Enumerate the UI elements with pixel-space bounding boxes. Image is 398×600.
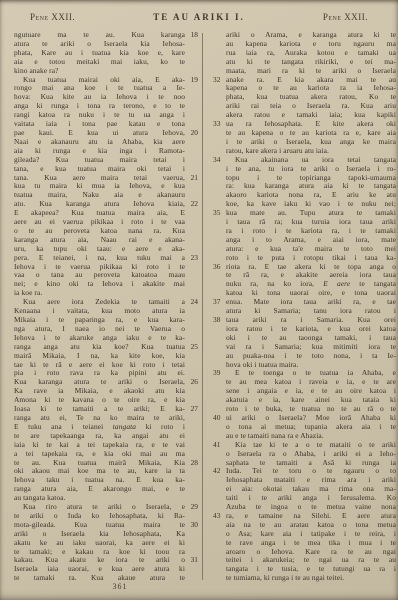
text-line: phata, Kare au i tuatua kia koe e, kare xyxy=(14,49,198,58)
line-text: karanga atura aia, Naau rai e akana- xyxy=(14,236,185,245)
line-text: riota ra. E tae akera ki te topa anga o xyxy=(226,263,396,272)
line-text: Iehova i te akaruke anga iaku e te ka- xyxy=(14,334,185,343)
text-line: 38taua ariki ra i Samaria. Kua orei xyxy=(213,316,396,325)
line-text: te ariki o Iuda ko Iehosaphata, ki Ra- xyxy=(14,512,185,521)
text-line: ariki o Arama, e karanga atura ki te xyxy=(213,31,396,40)
text-line: 20pae kaui. E kua ui atura Iehova, xyxy=(14,129,198,138)
verse-number: 24 xyxy=(191,298,198,307)
verse-number: 40 xyxy=(213,414,220,423)
column-divider-rule xyxy=(202,33,203,580)
text-line: akera ratou e tamaki iaia; kua kapiki xyxy=(213,111,396,120)
line-text: Ioasa ki te tamaiti a te ariki; E ka- xyxy=(14,405,185,414)
text-line: taiti i te ariki anga i Ierusalema. Ko xyxy=(213,494,396,503)
text-line: te tamaki; e kakau ra koe ki toou ra xyxy=(14,548,198,557)
text-line: 27Ioasa ki te tamaiti a te ariki; E ka- xyxy=(14,405,198,414)
line-text: iora ratou i te kariota, e kua orei kato… xyxy=(226,325,396,334)
text-line: anga ki runga i tona ra terono, e to te xyxy=(14,102,198,111)
line-text: ua ra Iehosaphata. E kite akera oki xyxy=(226,120,396,129)
text-line: ei aia: okotai takau ma rima ona ma- xyxy=(213,485,396,494)
verse-number: 37 xyxy=(213,298,220,307)
line-text: ratou, kare akera i aruaru atu iaia. xyxy=(226,147,396,156)
text-line: tangata i te tusia, e te tutungi ua ra i xyxy=(213,565,396,574)
line-text: Amona ki te kavana o te oire ra, e kia xyxy=(14,396,185,405)
text-line: i taua rā ra; kua turuia iora taua ariki xyxy=(213,218,396,227)
verse-number: 31 xyxy=(191,556,198,565)
header-book-title: TE AU ARIKI I. xyxy=(153,12,245,22)
text-line: atu ki te tangata rikiriki, e tei ma- xyxy=(213,58,396,67)
text-line: koe, ka kave iaku ki vao i te nuku nei; xyxy=(213,200,396,209)
verse-number: 33 xyxy=(213,120,220,129)
line-text: nga atura, I naea io nei te Vaerua o xyxy=(14,325,185,334)
text-line: tae ki te rā e aere ei koe ki roto i tet… xyxy=(14,361,198,370)
text-line: 43ra, e tamaine na Silehi. E aere atura xyxy=(213,512,396,521)
book-page-scan: Pene XXII. TE AU ARIKI I. Pene XXII. 18n… xyxy=(0,0,398,600)
text-line: 37enua. Mate iora taua ariki ra, e tae xyxy=(213,298,396,307)
verse-number: 30 xyxy=(191,521,198,530)
line-text: Iuda. Tei te toru o te ngauru o to xyxy=(226,467,396,476)
text-line: vaa o tana au peroveta katoatoa maau xyxy=(14,271,198,280)
line-text: atu. Kua karanga atura Iehova kiaia, xyxy=(14,200,185,209)
line-text: tae ki te rā e aere ei koe ki roto i tet… xyxy=(14,361,185,370)
text-line: saphata te tamaiti a Asā ki runga ia xyxy=(213,459,396,468)
line-text: nuku ra, na ko iora, E aere te tangata xyxy=(226,280,396,289)
text-line: au tangata katoa. xyxy=(14,494,198,503)
text-line: atura te ariki o Iseraela kia Iehosa- xyxy=(14,40,198,49)
text-line: ra i roto i te kariota ra, i te tamaki xyxy=(213,227,396,236)
line-text: aia e totou meitaki mai iaku, ko te xyxy=(14,58,185,67)
right-text-column: ariki o Arama, e karanga atura ki teau k… xyxy=(213,31,396,583)
text-line: te ariki o Iuda ko Iehosaphata, ki Ra- xyxy=(14,512,198,521)
text-line: topu i te topirianga tapoki-umauma xyxy=(213,174,396,183)
text-line: atura ki Samaria; tanu iora ratou i xyxy=(213,307,396,316)
line-text: saphata te tamaiti a Asā ki runga ia xyxy=(226,459,396,468)
running-header: Pene XXII. TE AU ARIKI I. Pene XXII. xyxy=(0,12,398,22)
line-text: au kapena kariota e toru ngauru ma xyxy=(226,40,396,49)
line-text: hova oki i tuatua maira. xyxy=(226,361,396,370)
text-line: rangi katoa ra nuku i te tu ua anga i xyxy=(14,111,198,120)
text-line: Iehosaphata mataiti e rima ara i ariki xyxy=(213,476,396,485)
text-line: 25ranga anga atu kia koe? Kua tuatua xyxy=(14,343,198,352)
line-text: Kua aere iora Zedekia te tamaiti a xyxy=(14,298,185,307)
text-line: atura: e kua ta'e maira te toto mei xyxy=(213,245,396,254)
line-text: kua mate au. Tupu atura te tamaki xyxy=(226,209,396,218)
line-text: anake ra. E kia akara mai te au xyxy=(226,76,396,85)
line-text: kua tu maira ki mua ia Iehova, e kua xyxy=(14,182,185,191)
line-text: au tangata katoa. xyxy=(14,494,185,503)
line-text: akatu ke au iaku uaorai, ka aere ei ki xyxy=(14,539,185,548)
text-line: a tei tapekaia ra, e kia oki mai au ma xyxy=(14,450,198,459)
line-text: taua ariki ra i Samaria. Kua orei xyxy=(226,316,396,325)
text-line: aroaro o Iehova. Kare ra te au ngai xyxy=(213,548,396,557)
line-text: au puaka-noa i te toto nona, i ta Ie- xyxy=(226,352,396,361)
line-text: te tamaki; e kakau ra koe ki toou ra xyxy=(14,548,185,557)
line-text: Iseraela iaia uaorai, e kua aere atura k… xyxy=(14,565,185,574)
line-text: te rave anga i te mea tika i mua i te xyxy=(226,539,396,548)
verse-number: 38 xyxy=(213,316,220,325)
line-text: aia ki runga e kia inga i Ramota- xyxy=(14,147,185,156)
text-line: nei; e kino oki ta Iehova i akakite mai xyxy=(14,280,198,289)
text-line: gileada? Kua tuatua maira tetai i xyxy=(14,156,198,165)
line-text: phata, kua tuatua akera ratou, Ko te xyxy=(226,93,396,102)
verse-number: 29 xyxy=(191,503,198,512)
line-text: ariki o Arama, e karanga atura ki te xyxy=(226,31,396,40)
line-text: aere au ei vaerua pikikaa i roto i te va… xyxy=(14,218,185,227)
text-line: tana, e kua tuatua maira oki tetai i xyxy=(14,165,198,174)
line-text: te au mea katoa i raveia e ia, e te are xyxy=(226,378,396,387)
line-text: te tumiama, ki runga i te au ngai teitei… xyxy=(226,574,396,583)
line-text: atura te ariki o Iseraela kia Iehosa- xyxy=(14,40,185,49)
line-text: o te au peroveta katoa nana ra. Kua xyxy=(14,227,185,236)
line-text: E akapeea? Kua tuatua maira aia, E xyxy=(14,209,185,218)
text-line: katoa ki tona uaorai oire, e tona uaorai xyxy=(213,289,396,298)
line-text: atura: e kua ta'e maira te toto mei xyxy=(226,245,396,254)
line-text: Naai e akanauru atu ia Ahaba, kia aere xyxy=(14,138,185,147)
text-line: o te au peroveta katoa nana ra. Kua xyxy=(14,227,198,236)
text-line: roto i te buka, te tuatua no te au rā o … xyxy=(213,405,396,414)
verse-number: 36 xyxy=(213,263,220,272)
line-text: ui ariki o Iseraela? Moe iorā Ahaba ki xyxy=(226,414,396,423)
text-line: rongo mai ana koe i te tuatua a Ie- xyxy=(14,84,198,93)
text-line: iaia ki te kai a tei tapekaia ra, e te v… xyxy=(14,441,198,450)
verse-number: 22 xyxy=(191,200,198,209)
line-text: teitei i akarukeia; te ngai ua ra te au xyxy=(226,556,396,565)
text-line: uru, ka tupu oki taau: e aere e aka- xyxy=(14,245,198,254)
verse-number: 25 xyxy=(191,343,198,352)
line-text: mota-gileada. Kua tuatua maira te xyxy=(14,521,185,530)
text-line: 24Kua aere iora Zedekia te tamaiti a xyxy=(14,298,198,307)
line-text: te are tapekaanga ra, ka angai atu ei xyxy=(14,432,185,441)
line-text: ariki o Iseraela kia Iehosaphata, Ka xyxy=(14,530,185,539)
line-text: Kia tae ki te a o te mataiti o te ariki xyxy=(226,441,396,450)
text-line: E akapeea? Kua tuatua maira aia, E xyxy=(14,209,198,218)
line-text: roto i te puta i rotopu tikai i taua ka- xyxy=(226,254,396,263)
text-line: 18ngutuare ma te au. Kua karanga xyxy=(14,31,198,40)
line-text: Ka rave ia Mikaia, e akaoki atu kia xyxy=(14,387,185,396)
text-line: iora ratou i te kariota, e kua orei kato… xyxy=(213,325,396,334)
line-text: tana, e kua tuatua maira oki tetai i xyxy=(14,165,185,174)
text-line: aia ki runga e kia inga i Ramota- xyxy=(14,147,198,156)
line-text: ngutuare ma te au. Kua karanga xyxy=(14,31,185,40)
text-line: 26Kua karanga atura te ariki o Iseraela, xyxy=(14,378,198,387)
line-text: roto i te buka, te tuatua no te au rā o … xyxy=(226,405,396,414)
text-line: vai ra i Samaria; kua mitimiti iora te xyxy=(213,343,396,352)
line-text: Iehova i te vaerua pikikaa ki roto i te xyxy=(14,263,185,272)
line-text: pera. E teianei, i na, kua tuku mai a xyxy=(14,254,185,263)
line-text: anga i to Arama, e aiai iora, mate xyxy=(226,236,396,245)
text-line: Mikaia i te paparinga ra, e kua kara- xyxy=(14,316,198,325)
text-line: te rave anga i te mea tika i mua i te xyxy=(213,539,396,548)
verse-number: 39 xyxy=(213,369,220,378)
line-text: Iehova taku i tuatua na. E kua ka- xyxy=(14,476,185,485)
line-text: E tuku ana i teianei tangata ki roto i xyxy=(14,423,185,432)
verse-number: 18 xyxy=(191,31,198,40)
text-line: 36riota ra. E tae akera ki te topa anga … xyxy=(213,263,396,272)
line-text: Kua riro atura te ariki o Iseraela, e xyxy=(14,503,185,512)
text-line: akaoro kariota nona ra, E ariu ke atu xyxy=(213,191,396,200)
text-line: phata, kua tuatua akera ratou, Ko te xyxy=(213,93,396,102)
text-line: Ka rave ia Mikaia, e akaoki atu kia xyxy=(14,387,198,396)
text-line: 28te au. Kua tuatua mairā Mikaia, Kia xyxy=(14,459,198,468)
text-line: o Iseraela ra o Ahaba, i ariki ei a Ieho… xyxy=(213,450,396,459)
text-line: aere au ei vaerua pikikaa i roto i te va… xyxy=(14,218,198,227)
text-line: te are tapekaanga ra, ka angai atu ei xyxy=(14,432,198,441)
text-line: i te ariki o Iseraela, kua anga ke maira xyxy=(213,138,396,147)
line-text: iaia ki te kai a tei tapekaia ra, e te v… xyxy=(14,441,185,450)
line-text: pae kaui. E kua ui atura Iehova, xyxy=(14,129,185,138)
text-line: mairā Mikaia, I na, ka kite koe, kia xyxy=(14,352,198,361)
line-text: o tona ai metua; tupania akera aia i te xyxy=(226,423,396,432)
text-line: te tumiama, ki runga i te au ngai teitei… xyxy=(213,574,396,583)
text-line: hova: Kua kite au ia Iehova i te noo xyxy=(14,93,198,102)
text-line: kapena o te au kariota ra ia Iehosa- xyxy=(213,84,396,93)
line-text: akera ratou e tamaki iaia; kua kapiki xyxy=(226,111,396,120)
text-line: Iehova i te vaerua pikikaa ki roto i te xyxy=(14,263,198,272)
verse-number: 20 xyxy=(191,129,198,138)
text-line: 22atu. Kua karanga atura Iehova kiaia, xyxy=(14,200,198,209)
line-text: te rā ra, e akakite aereia iora taua xyxy=(226,271,396,280)
line-text: kino anake ra? xyxy=(14,67,185,76)
line-text: hova: Kua kite au ia Iehova i te noo xyxy=(14,93,185,102)
line-text: rangi katoa ra nuku i te tu ua anga i xyxy=(14,111,185,120)
verse-number: 28 xyxy=(191,459,198,468)
verse-number: 35 xyxy=(213,209,220,218)
line-text: gileada? Kua tuatua maira tetai i xyxy=(14,156,185,165)
text-line: nga atura, I naea io nei te Vaerua o xyxy=(14,325,198,334)
line-text: te au. Kua tuatua mairā Mikaia, Kia xyxy=(14,459,185,468)
line-text: i taua rā ra; kua turuia iora taua ariki xyxy=(226,218,396,227)
text-line: roto i te puta i rotopu tikai i taua ka- xyxy=(213,254,396,263)
text-line: hova oki i tuatua maira. xyxy=(213,361,396,370)
line-text: aroaro o Iehova. Kare ra te au ngai xyxy=(226,548,396,557)
line-text: au e te tamaiti nana ra e Ahazia. xyxy=(226,432,396,441)
text-line: au puaka-noa i te toto nona, i ta Ie- xyxy=(213,352,396,361)
line-text: ei aia: okotai takau ma rima ona ma- xyxy=(226,485,396,494)
text-line: te au kapena o te au kariota ra e, kare … xyxy=(213,129,396,138)
line-text: nei; e kino oki ta Iehova i akakite mai xyxy=(14,280,185,289)
text-line: ranga atu ei, Te na ko maira te ariki, xyxy=(14,414,198,423)
text-line: Azuba te ingoa o te metua vaine nona xyxy=(213,503,396,512)
text-line: pia i roto rava ra ka pipini atu ei. xyxy=(14,369,198,378)
line-text: ranga atura aia, E akarongo mai, e te xyxy=(14,485,185,494)
text-line: Naai e akanauru atu ia Ahaba, kia aere xyxy=(14,138,198,147)
text-line: aia e totou meitaki mai iaku, ko te xyxy=(14,58,198,67)
line-text: ranga atu ei, Te na ko maira te ariki, xyxy=(14,414,185,423)
text-line: anga i to Arama, e aiai iora, mate xyxy=(213,236,396,245)
line-text: maata, mari ra ki te ariki o Iseraela xyxy=(226,67,396,76)
text-line: 30mota-gileada. Kua tuatua maira te xyxy=(14,521,198,530)
line-text: Kua karanga atura te ariki o Iseraela, xyxy=(14,378,185,387)
text-line: 32anake ra. E kia akara mai te au xyxy=(213,76,396,85)
line-text: mairā Mikaia, I na, ka kite koe, kia xyxy=(14,352,185,361)
line-text: tangata i te tusia, e te tutungi ua ra i xyxy=(226,565,396,574)
line-text: a tei tapekaia ra, e kia oki mai au ma xyxy=(14,450,185,459)
text-line: au e te tamaiti nana ra e Ahazia. xyxy=(213,432,396,441)
text-line: kino anake ra? xyxy=(14,67,198,76)
text-line: ariki o Iseraela kia Iehosaphata, Ka xyxy=(14,530,198,539)
line-text: ra, e tamaine na Silehi. E aere atura xyxy=(226,512,396,521)
line-text: vai ra i Samaria; kua mitimiti iora te xyxy=(226,343,396,352)
line-text: tuatua maira, Naku aia e akanauru xyxy=(14,191,185,200)
line-text: vaa o tana au peroveta katoatoa maau xyxy=(14,271,185,280)
text-line: 35kua mate au. Tupu atura te tamaki xyxy=(213,209,396,218)
text-line: ia koe ra. xyxy=(14,289,198,298)
text-line: teitei i akarukeia; te ngai ua ra te au xyxy=(213,556,396,565)
text-line: o tona ai metua; tupania akera aia i te xyxy=(213,423,396,432)
line-text: aia na te au aratau katoa o tona metua xyxy=(226,521,396,530)
text-line: Iehova taku i tuatua na. E kua ka- xyxy=(14,476,198,485)
text-line: akatuia e ia, kare ainei kua tataia ki xyxy=(213,396,396,405)
line-text: Azuba te ingoa o te metua vaine nona xyxy=(226,503,396,512)
verse-number: 43 xyxy=(213,512,220,521)
text-line: aia na te au aratau katoa o tona metua xyxy=(213,521,396,530)
line-text: Kua tuatua mairai oki aia, E aka- xyxy=(14,76,185,85)
line-text: kakau. Kua akatu ke iora te ariki o xyxy=(14,556,185,565)
text-line: Amona ki te kavana o te oire ra, e kia xyxy=(14,396,198,405)
line-text: kapena o te au kariota ra ia Iehosa- xyxy=(226,84,396,93)
text-line: Iseraela iaia uaorai, e kua aere atura k… xyxy=(14,565,198,574)
line-text: uru, ka tupu oki taau: e aere e aka- xyxy=(14,245,185,254)
line-text: akatuia e ia, kare ainei kua tataia ki xyxy=(226,396,396,405)
verse-number: 19 xyxy=(191,76,198,85)
line-text: o Asa; kare aia i tatipake i te reira, i xyxy=(226,530,396,539)
verse-number: 21 xyxy=(191,174,198,183)
verse-number: 41 xyxy=(213,441,220,450)
line-text: ia koe ra. xyxy=(14,289,185,298)
line-text: pia i roto rava ra ka pipini atu ei. xyxy=(14,369,185,378)
line-text: ra: kua karanga atura aia ki te tangata xyxy=(226,182,396,191)
line-text: anga ki runga i tona ra terono, e to te xyxy=(14,102,185,111)
text-line: sene i angaia e ia, e te au oire katoa i xyxy=(213,387,396,396)
line-text: akaoro kariota nona ra, E ariu ke atu xyxy=(226,191,396,200)
verse-number: 34 xyxy=(213,156,220,165)
line-text: Kenaana i vaitata, kua moto atura ia xyxy=(14,307,185,316)
text-line: karanga atura aia, Naau rai e akana- xyxy=(14,236,198,245)
text-line: 23pera. E teianei, i na, kua tuku mai a xyxy=(14,254,198,263)
left-text-column: 18ngutuare ma te au. Kua karangaatura te… xyxy=(14,31,198,583)
line-text: koe, ka kave iaku ki vao i te nuku nei; xyxy=(226,200,396,209)
verse-number: 26 xyxy=(191,378,198,387)
line-text: oki i te au taoonga tamaki, i taua xyxy=(226,334,396,343)
text-line: ranga atura aia, E akarongo mai, e te xyxy=(14,485,198,494)
text-line: rua iaia ra, Auraka kotou e tamaki ua xyxy=(213,49,396,58)
text-line: ra: kua karanga atura aia ki te tangata xyxy=(213,182,396,191)
line-text: ra i roto i te kariota ra, i te tamaki xyxy=(226,227,396,236)
page-number: 361 xyxy=(30,582,210,591)
text-line: ariki rai teia o Iseraela ra. Kua ariu xyxy=(213,102,396,111)
text-line: au kapena kariota e toru ngauru ma xyxy=(213,40,396,49)
line-text: taiti i te ariki anga i Ierusalema. Ko xyxy=(226,494,396,503)
verse-number: 27 xyxy=(191,405,198,414)
text-line: vaitata iaia i tona pae katau e tona xyxy=(14,120,198,129)
line-text: rua iaia ra, Auraka kotou e tamaki ua xyxy=(226,49,396,58)
text-line: i te ana, tu iora te ariki o Iseraela i … xyxy=(213,165,396,174)
text-line: tuatua maira, Naku aia e akanauru xyxy=(14,191,198,200)
text-columns: 18ngutuare ma te au. Kua karangaatura te… xyxy=(14,31,386,584)
text-line: 33ua ra Iehosaphata. E kite akera oki xyxy=(213,120,396,129)
text-line: te au mea katoa i raveia e ia, e te are xyxy=(213,378,396,387)
line-text: enua. Mate iora taua ariki ra, e tae xyxy=(226,298,396,307)
text-line: ratou, kare akera i aruaru atu iaia. xyxy=(213,147,396,156)
line-text: vaitata iaia i tona pae katau e tona xyxy=(14,120,185,129)
text-line: akatu ke au iaku uaorai, ka aere ei ki xyxy=(14,539,198,548)
line-text: atura ki Samaria; tanu iora ratou i xyxy=(226,307,396,316)
line-text: Kua akainana ua iora tetai tangata xyxy=(226,156,396,165)
text-line: 34Kua akainana ua iora tetai tangata xyxy=(213,156,396,165)
text-line: 29Kua riro atura te ariki o Iseraela, e xyxy=(14,503,198,512)
line-text: Iehosaphata mataiti e rima ara i ariki xyxy=(226,476,396,485)
text-line: Kenaana i vaitata, kua moto atura ia xyxy=(14,307,198,316)
text-line: o Asa; kare aia i tatipake i te reira, i xyxy=(213,530,396,539)
verse-number: 42 xyxy=(213,467,220,476)
text-line: 39E te toenga o te tuatua ia Ahaba, e xyxy=(213,369,396,378)
line-text: i te ariki o Iseraela, kua anga ke maira xyxy=(226,138,396,147)
text-line: nuku ra, na ko iora, E aere te tangata xyxy=(213,280,396,289)
line-text: ranga anga atu kia koe? Kua tuatua xyxy=(14,343,185,352)
line-text: E te toenga o te tuatua ia Ahaba, e xyxy=(226,369,396,378)
header-chapter-right: Pene XXII. xyxy=(323,12,368,22)
line-text: i te ana, tu iora te ariki o Iseraela i … xyxy=(226,165,396,174)
line-text: o Iseraela ra o Ahaba, i ariki ei a Ieho… xyxy=(226,450,396,459)
line-text: tana. Kua aere maira tetai vaerua, xyxy=(14,174,185,183)
text-line: E tuku ana i teianei tangata ki roto i xyxy=(14,423,198,432)
line-text: katoa ki tona uaorai oire, e tona uaorai xyxy=(226,289,396,298)
line-text: oki akaou mai koe ma te au, kare ia ta xyxy=(14,467,185,476)
text-line: kua tu maira ki mua ia Iehova, e kua xyxy=(14,182,198,191)
line-text: rongo mai ana koe i te tuatua a Ie- xyxy=(14,84,185,93)
line-text: atu ki te tangata rikiriki, e tei ma- xyxy=(226,58,396,67)
text-line: maata, mari ra ki te ariki o Iseraela xyxy=(213,67,396,76)
line-text: Mikaia i te paparinga ra, e kua kara- xyxy=(14,316,185,325)
line-text: ariki rai teia o Iseraela ra. Kua ariu xyxy=(226,102,396,111)
header-chapter-left: Pene XXII. xyxy=(30,12,75,22)
text-line: 42Iuda. Tei te toru o te ngauru o to xyxy=(213,467,396,476)
text-line: oki i te au taoonga tamaki, i taua xyxy=(213,334,396,343)
text-line: 21tana. Kua aere maira tetai vaerua, xyxy=(14,174,198,183)
text-line: Iehova i te akaruke anga iaku e te ka- xyxy=(14,334,198,343)
text-line: te rā ra, e akakite aereia iora taua xyxy=(213,271,396,280)
line-text: te au kapena o te au kariota ra e, kare … xyxy=(226,129,396,138)
line-text: sene i angaia e ia, e te au oire katoa i xyxy=(226,387,396,396)
line-text: topu i te topirianga tapoki-umauma xyxy=(226,174,396,183)
verse-number: 32 xyxy=(213,76,220,85)
verse-number: 23 xyxy=(191,254,198,263)
text-line: 40ui ariki o Iseraela? Moe iorā Ahaba ki xyxy=(213,414,396,423)
text-line: 41Kia tae ki te a o te mataiti o te arik… xyxy=(213,441,396,450)
text-line: oki akaou mai koe ma te au, kare ia ta xyxy=(14,467,198,476)
line-text: phata, Kare au i tuatua kia koe e, kare xyxy=(14,49,185,58)
text-line: 19Kua tuatua mairai oki aia, E aka- xyxy=(14,76,198,85)
text-line: 31kakau. Kua akatu ke iora te ariki o xyxy=(14,556,198,565)
